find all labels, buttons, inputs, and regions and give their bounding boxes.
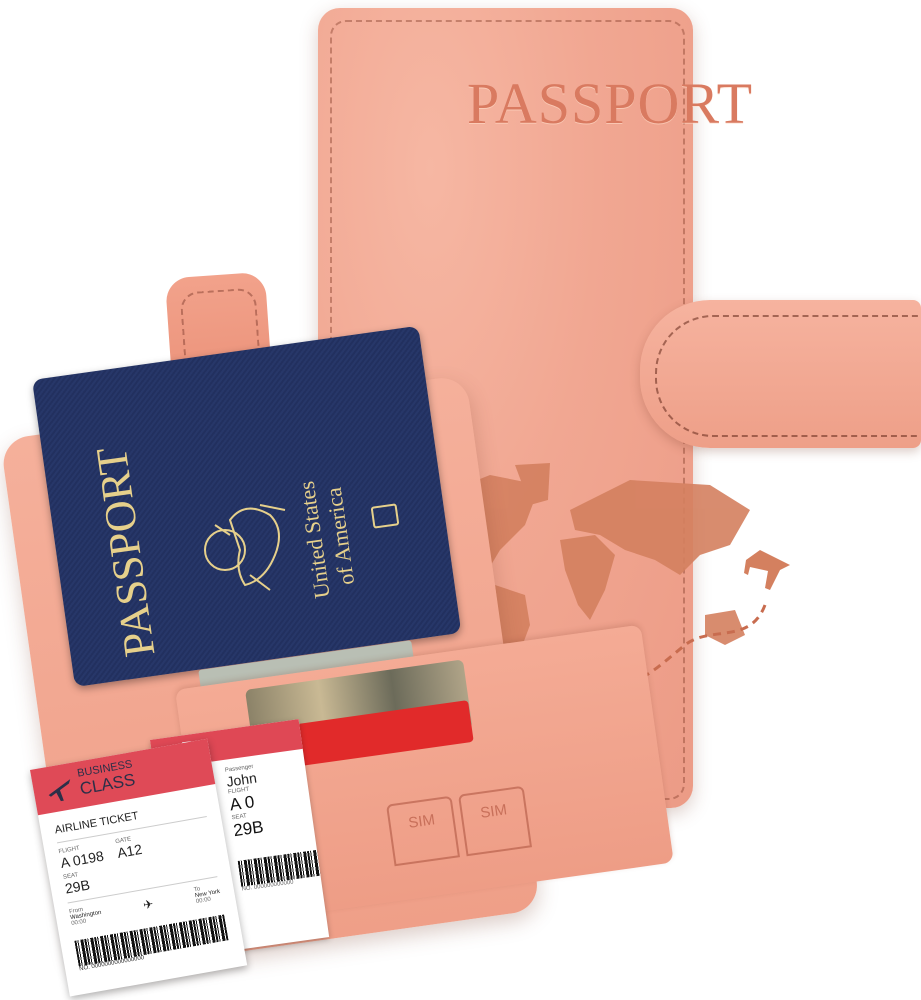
airplane-icon <box>44 773 76 805</box>
airplane-icon: ✈ <box>142 897 154 913</box>
sim-slot-2[interactable]: SIM <box>458 786 532 857</box>
strap-stitching <box>655 315 919 437</box>
e-passport-chip-icon <box>371 503 400 528</box>
sim-slot-1[interactable]: SIM <box>386 796 460 867</box>
gate: A12 <box>116 841 143 861</box>
eagle-seal-icon <box>190 490 300 600</box>
airplane-icon <box>744 550 790 590</box>
cover-embossed-title: PASSPORT <box>420 70 800 137</box>
